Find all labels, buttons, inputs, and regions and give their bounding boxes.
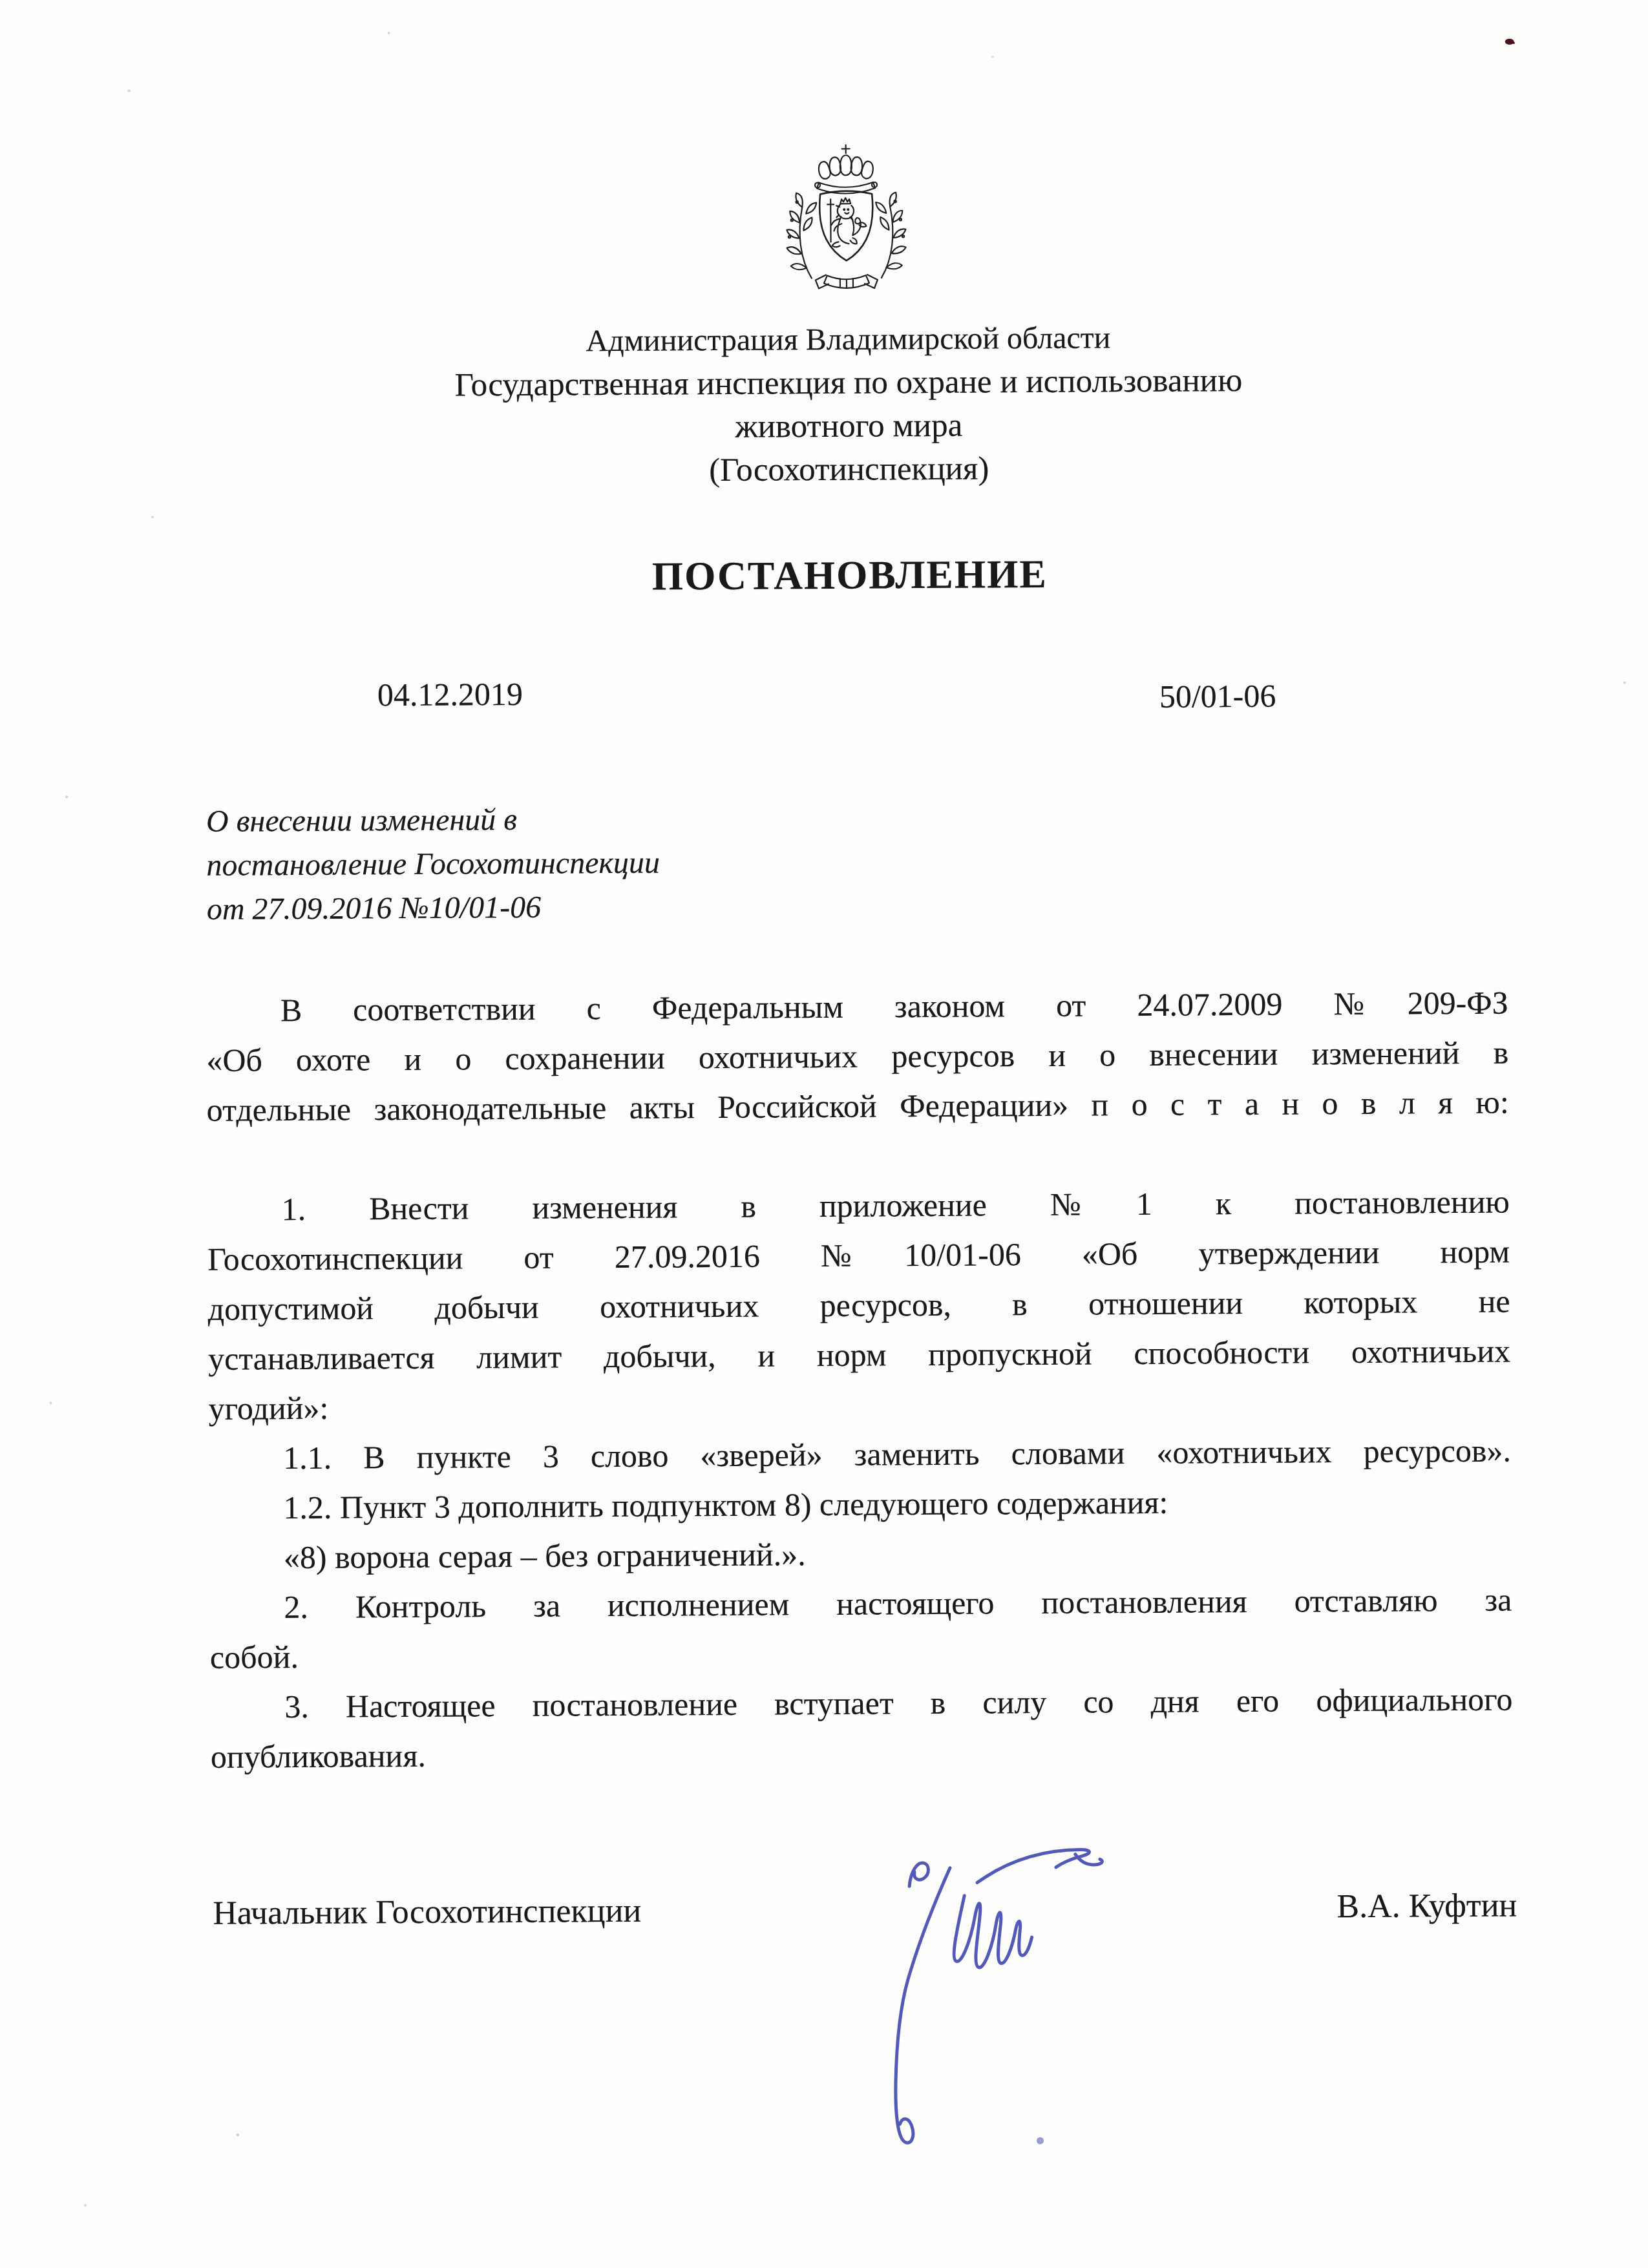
scan-artifact-red-dot bbox=[1504, 37, 1516, 46]
document-page: Администрация Владимирской области Госуд… bbox=[0, 0, 1648, 2268]
scan-speck bbox=[388, 32, 390, 34]
org-name-line-3: животного мира bbox=[202, 401, 1495, 452]
document-number: 50/01-06 bbox=[1159, 677, 1276, 715]
body-line: допустимой добычи охотничьих ресурсов, в… bbox=[207, 1277, 1510, 1334]
subject-line-1: О внесении изменений в bbox=[206, 796, 788, 843]
scan-artifact-edge-streak bbox=[1453, 0, 1641, 1]
body-line: «Об охоте и о сохранении охотничьих ресу… bbox=[206, 1028, 1508, 1086]
body-line: 1.1. В пункте 3 слово «зверей» заменить … bbox=[209, 1426, 1511, 1484]
body-line: угодий»: bbox=[208, 1376, 1510, 1434]
signatory-name: В.А. Куфтин bbox=[1297, 1886, 1517, 1926]
scan-speck bbox=[991, 56, 994, 58]
document-title: ПОСТАНОВЛЕНИЕ bbox=[204, 549, 1496, 603]
scan-speck bbox=[50, 1402, 52, 1404]
body-line: опубликования. bbox=[211, 1725, 1513, 1782]
handwritten-signature bbox=[845, 1832, 1235, 2210]
scan-speck bbox=[127, 90, 131, 92]
crown-cross-icon bbox=[842, 145, 850, 153]
org-name-line-4: (Госохотинспекция) bbox=[203, 445, 1495, 496]
scan-speck bbox=[236, 2134, 239, 2137]
body-line: 2. Контроль за исполнением настоящего по… bbox=[209, 1575, 1512, 1633]
body-text: В соответствии с Федеральным законом от … bbox=[206, 978, 1513, 1782]
org-name-line-1: Администрация Владимирской области bbox=[202, 314, 1494, 365]
scan-content: Администрация Владимирской области Госуд… bbox=[0, 0, 1648, 2268]
scan-speck bbox=[65, 795, 69, 798]
body-line: собой. bbox=[210, 1625, 1512, 1683]
signatory-position: Начальник Госохотинспекции bbox=[213, 1892, 641, 1933]
lion-cross-staff-icon bbox=[827, 199, 834, 242]
coat-of-arms-emblem bbox=[777, 140, 915, 296]
crowned-lion-icon bbox=[831, 198, 866, 247]
ribbon-icon bbox=[816, 275, 878, 289]
body-line: Госохотинспекции от 27.09.2016 №10/01-06… bbox=[207, 1227, 1510, 1285]
paragraph-gap bbox=[207, 1128, 1509, 1185]
body-line: 1.2. Пункт 3 дополнить подпунктом 8) сле… bbox=[209, 1476, 1511, 1533]
scan-speck bbox=[151, 516, 154, 518]
body-line: 1. Внести изменения в приложение №1 к по… bbox=[207, 1177, 1509, 1235]
body-line: «8) ворона серая – без ограничений.». bbox=[209, 1526, 1512, 1583]
body-line: В соответствии с Федеральным законом от … bbox=[206, 978, 1508, 1036]
org-name-line-2: Государственная инспекция по охране и ис… bbox=[202, 358, 1495, 409]
scan-speck bbox=[1623, 681, 1626, 684]
document-date: 04.12.2019 bbox=[377, 675, 523, 713]
subject-line-2: постановление Госохотинспекции bbox=[206, 840, 788, 887]
subject-line-3: от 27.09.2016 №10/01-06 bbox=[207, 884, 788, 931]
body-line: отдельные законодательные акты Российско… bbox=[207, 1078, 1509, 1135]
scan-speck bbox=[84, 2204, 87, 2207]
body-line: устанавливается лимит добычи, и норм про… bbox=[208, 1327, 1510, 1384]
subject-block: О внесении изменений в постановление Гос… bbox=[206, 796, 788, 931]
oak-branch-icon bbox=[787, 193, 817, 278]
body-line: 3. Настоящее постановление вступает в си… bbox=[210, 1675, 1512, 1732]
